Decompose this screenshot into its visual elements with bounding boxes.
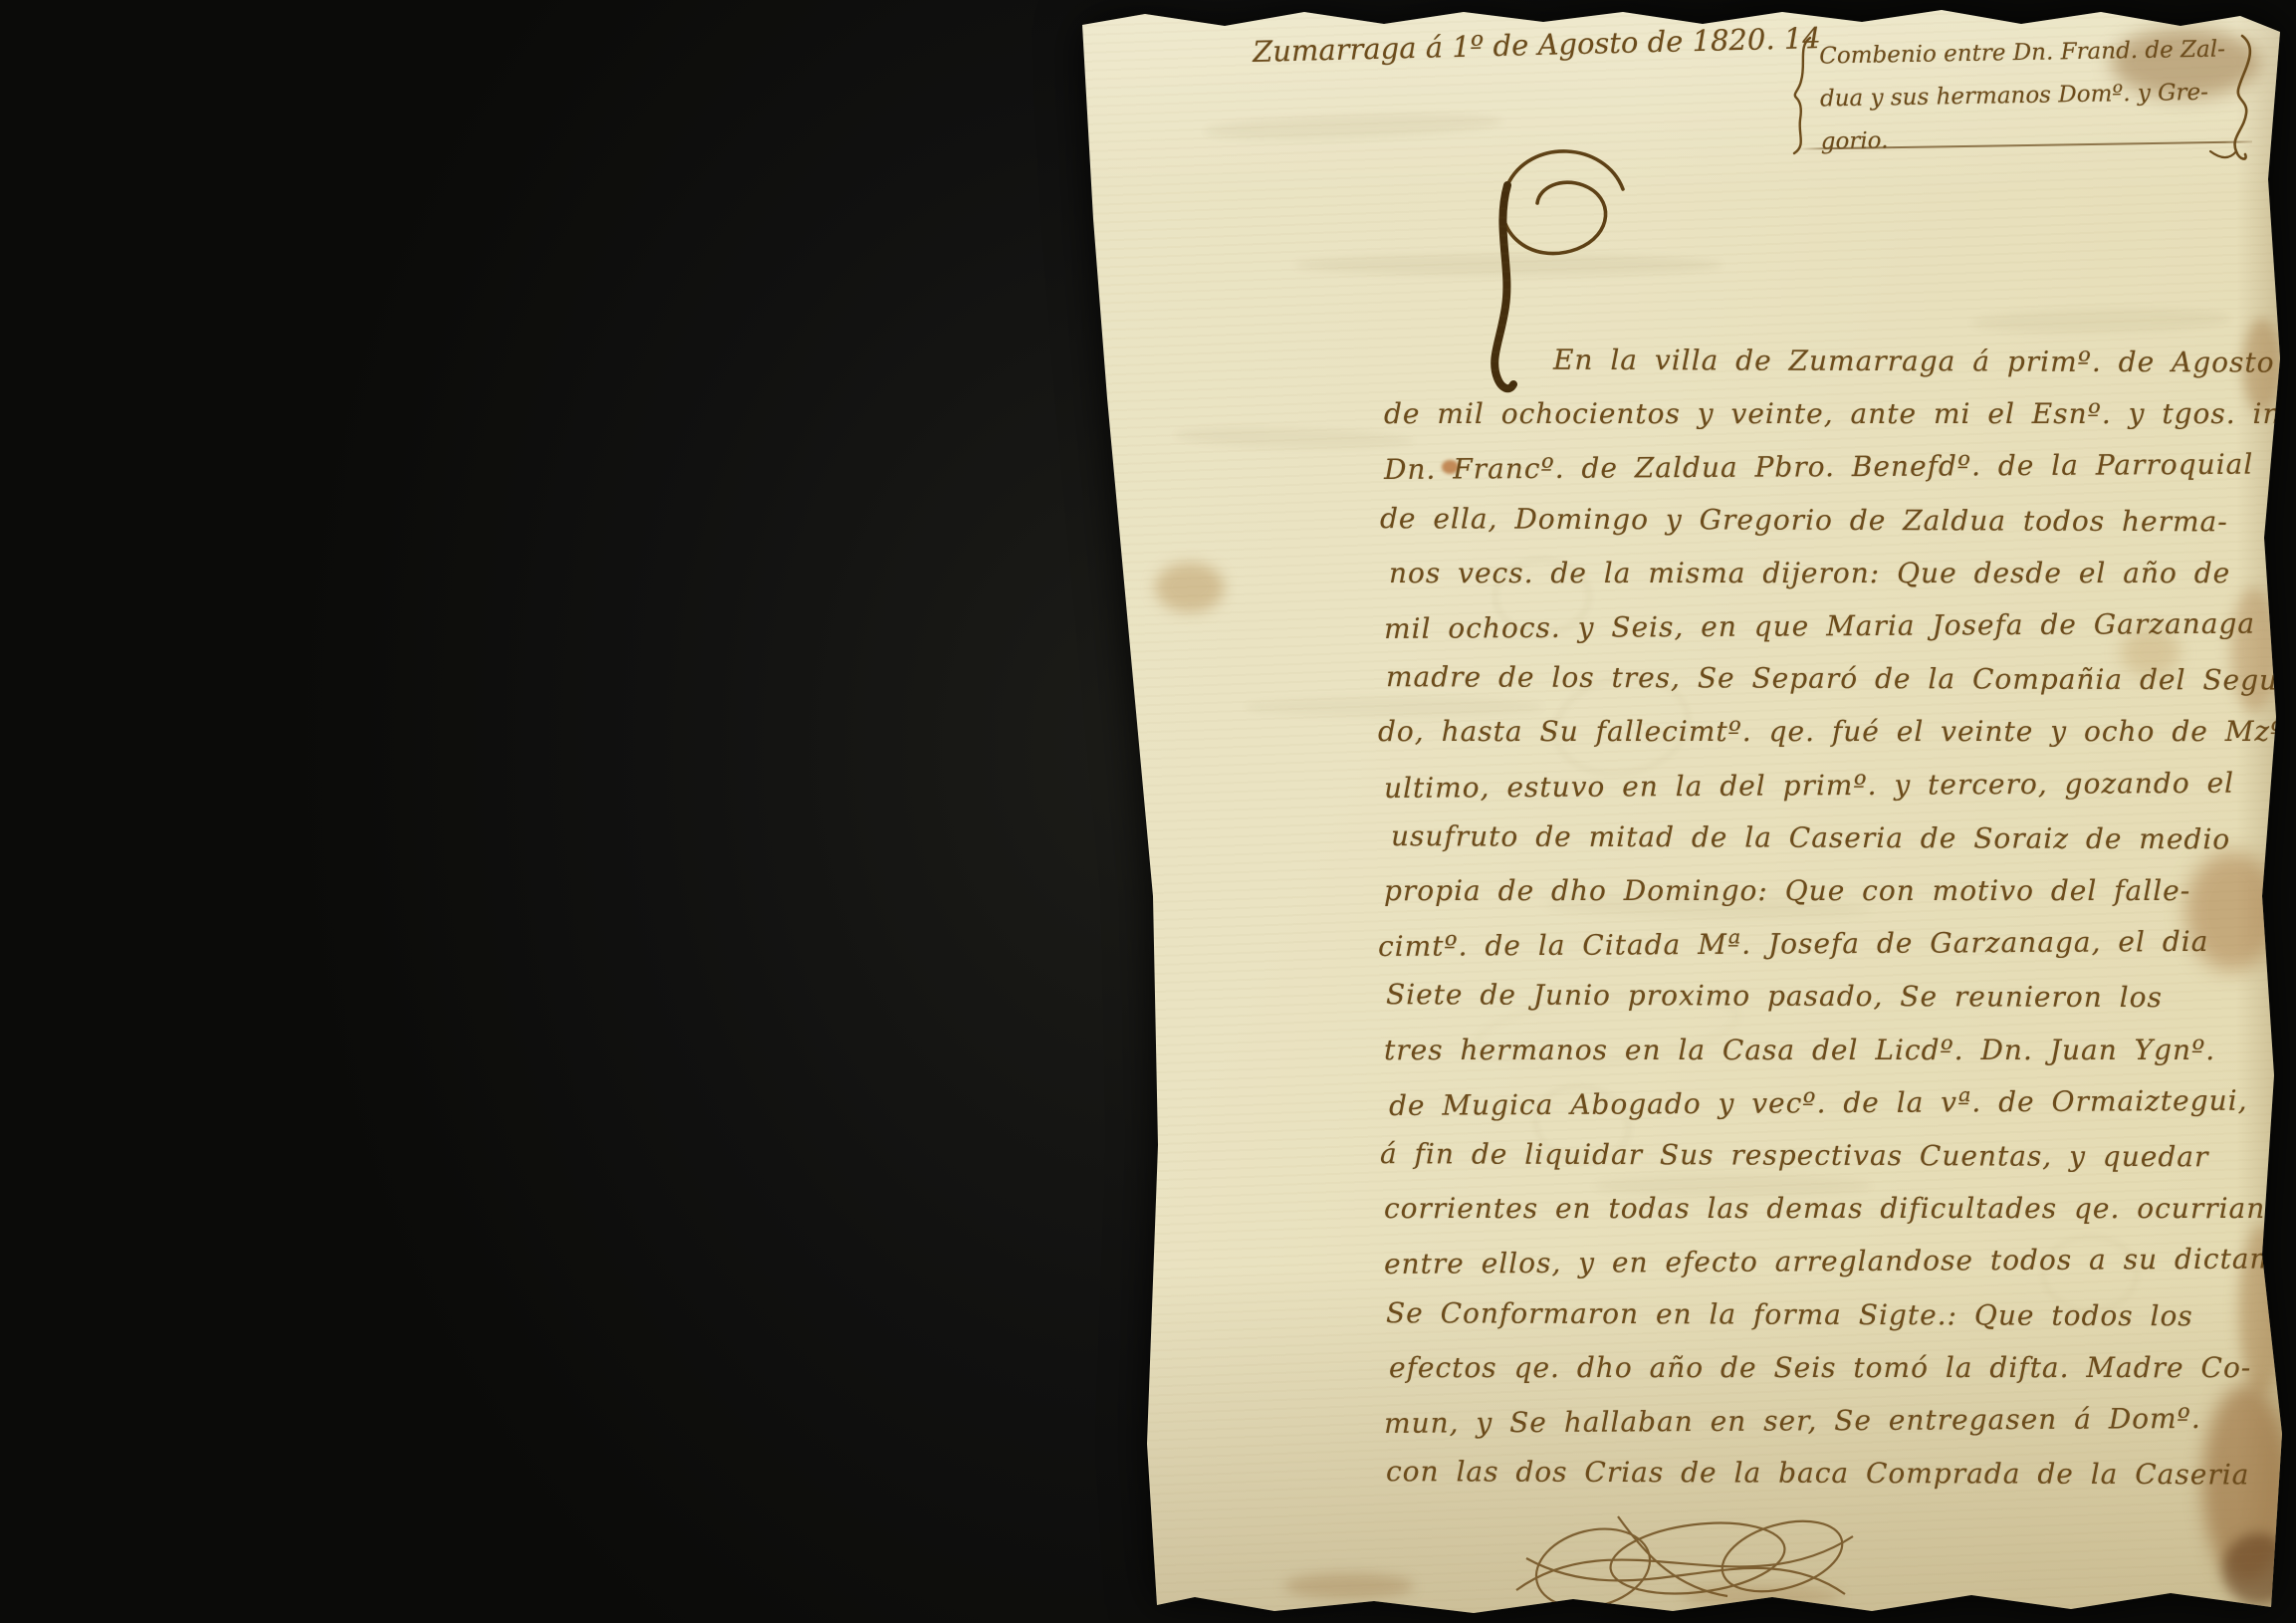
manuscript-page: Zumarraga á 1º de Agosto de 1820. 14 Com… [0, 0, 2296, 1623]
body-line: de Mugica Abogado y vecº. de la vª. de O… [1389, 1073, 2296, 1132]
body-line: de mil ochocientos y veinte, ante mi el … [1384, 387, 2296, 440]
rubric-flourish-icon [1498, 1499, 1867, 1623]
body-line: Siete de Junio proximo pasado, Se reunie… [1386, 969, 2296, 1026]
body-line: En la villa de Zumarraga á primº. de Ago… [1386, 333, 2296, 389]
body-line: efectos qe. dho año de Seis tomó la dift… [1389, 1341, 2296, 1394]
body-line: nos vecs. de la misma dijeron: Que desde… [1389, 547, 2296, 599]
ghost-mark [1971, 307, 2230, 336]
body-line: tres hermanos en la Casa del Licdº. Dn. … [1384, 1024, 2296, 1076]
stain [2222, 1533, 2294, 1605]
body-line: mil ochocs. y Seis, en que Maria Josefa … [1384, 596, 2296, 655]
body-line: con las dos Crias de la baca Comprada de… [1386, 1445, 2296, 1502]
body-line: á fin de liquidar Sus respectivas Cuenta… [1380, 1127, 2296, 1184]
marginal-note-line: gorio. [1820, 114, 2226, 163]
body-line: cimtº. de la Citada Mª. Josefa de Garzan… [1378, 914, 2296, 973]
body-line: Dn. Francº. de Zaldua Pbro. Benefdº. de … [1384, 437, 2296, 496]
scan-background: Zumarraga á 1º de Agosto de 1820. 14 Com… [0, 0, 2296, 1623]
ghost-mark [1175, 425, 1414, 451]
dateline: Zumarraga á 1º de Agosto de 1820. 14 [1253, 21, 1821, 69]
body-text: En la villa de Zumarraga á primº. de Ago… [1384, 335, 2296, 1500]
body-line: do, hasta Su fallecimtº. qe. fué el vein… [1378, 705, 2296, 758]
marginal-note-line: Combenio entre Dn. Frand. de Zal- [1819, 28, 2225, 78]
stain [1284, 1573, 1414, 1599]
body-line: madre de los tres, Se Separó de la Compa… [1386, 650, 2296, 707]
stain [1155, 563, 1225, 612]
body-line: ultimo, estuvo en la del primº. y tercer… [1384, 756, 2296, 814]
body-line: propia de dho Domingo: Que con motivo de… [1384, 864, 2296, 917]
body-line: mun, y Se hallaban en ser, Se entregasen… [1384, 1391, 2296, 1450]
body-line: de ella, Domingo y Gregorio de Zaldua to… [1380, 492, 2296, 549]
body-line: Se Conformaron en la forma Sigte.: Que t… [1386, 1286, 2296, 1343]
manuscript-page-wrap: Zumarraga á 1º de Agosto de 1820. 14 Com… [0, 0, 2296, 1623]
body-line: corrientes en todas las demas dificultad… [1384, 1182, 2296, 1235]
opening-brace-icon [1790, 36, 1816, 155]
body-line: usufruto de mitad de la Caseria de Sorai… [1391, 810, 2296, 866]
body-line: entre ellos, y en efecto arreglandose to… [1384, 1232, 2296, 1290]
marginal-note-line: dua y sus hermanos Domº. y Gre- [1820, 71, 2226, 120]
closing-brace-icon [2226, 34, 2266, 173]
